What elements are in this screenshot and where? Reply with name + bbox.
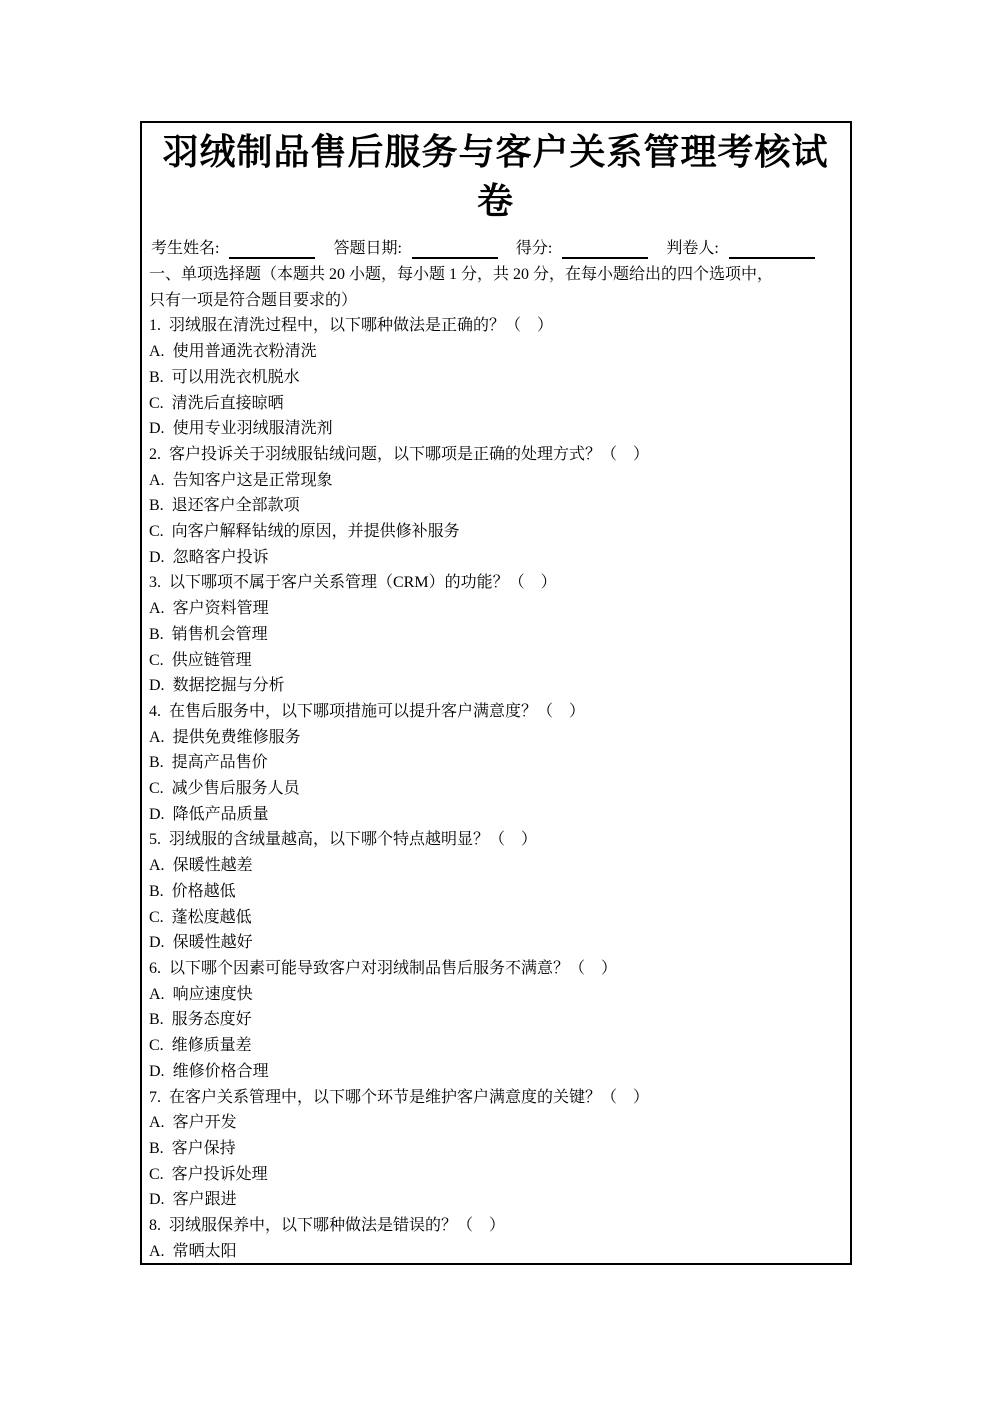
line-text: 羽绒服的含绒量越高，以下哪个特点越明显？（ ） — [169, 827, 537, 853]
line-text: 维修价格合理 — [173, 1059, 269, 1085]
option-letter: A. — [149, 853, 165, 879]
option-line: A. 响应速度快 — [149, 982, 842, 1008]
line-text: 价格越低 — [172, 879, 236, 905]
question-number: 2. — [149, 442, 161, 468]
question-number: 8. — [149, 1213, 161, 1239]
option-line: D. 数据挖掘与分析 — [149, 673, 842, 699]
option-line: C. 客户投诉处理 — [149, 1162, 842, 1188]
option-letter: A. — [149, 596, 165, 622]
option-line: D. 客户跟进 — [149, 1187, 842, 1213]
question-number: 7. — [149, 1085, 161, 1111]
option-letter: C. — [149, 905, 164, 931]
option-line: C. 供应链管理 — [149, 648, 842, 674]
section-heading-text: 只有一项是符合题目要求的） — [149, 288, 357, 314]
question-number: 3. — [149, 570, 161, 596]
option-line: B. 可以用洗衣机脱水 — [149, 365, 842, 391]
line-text: 忽略客户投诉 — [173, 545, 269, 571]
question-line: 1. 羽绒服在清洗过程中，以下哪种做法是正确的？（ ） — [149, 313, 842, 339]
option-line: C. 向客户解释钻绒的原因，并提供修补服务 — [149, 519, 842, 545]
grader-blank — [729, 240, 815, 259]
question-number: 1. — [149, 313, 161, 339]
option-letter: A. — [149, 468, 165, 494]
option-letter: A. — [149, 1110, 165, 1136]
option-line: A. 客户开发 — [149, 1110, 842, 1136]
option-line: B. 价格越低 — [149, 879, 842, 905]
question-line: 8. 羽绒服保养中，以下哪种做法是错误的？（ ） — [149, 1213, 842, 1239]
option-line: B. 服务态度好 — [149, 1007, 842, 1033]
line-text: 退还客户全部款项 — [172, 493, 300, 519]
line-text: 蓬松度越低 — [172, 905, 252, 931]
exam-title-line-1: 羽绒制品售后服务与客户关系管理考核试 — [149, 128, 842, 177]
exam-info-label: 考生姓名: — [151, 239, 219, 259]
line-text: 在售后服务中，以下哪项措施可以提升客户满意度？（ ） — [169, 699, 585, 725]
score-blank — [562, 240, 648, 259]
line-text: 向客户解释钻绒的原因，并提供修补服务 — [172, 519, 460, 545]
question-line: 3. 以下哪项不属于客户关系管理（CRM）的功能？（ ） — [149, 570, 842, 596]
line-text: 供应链管理 — [172, 648, 252, 674]
option-letter: B. — [149, 1136, 164, 1162]
line-text: 客户投诉处理 — [172, 1162, 268, 1188]
option-letter: B. — [149, 622, 164, 648]
option-line: D. 维修价格合理 — [149, 1059, 842, 1085]
line-text: 客户资料管理 — [173, 596, 269, 622]
line-text: 羽绒服保养中，以下哪种做法是错误的？（ ） — [169, 1213, 505, 1239]
option-line: A. 告知客户这是正常现象 — [149, 468, 842, 494]
line-text: 响应速度快 — [173, 982, 253, 1008]
question-line: 7. 在客户关系管理中，以下哪个环节是维护客户满意度的关键？（ ） — [149, 1085, 842, 1111]
line-text: 使用专业羽绒服清洗剂 — [173, 416, 333, 442]
section-heading-text: 一、单项选择题（本题共 20 小题，每小题 1 分，共 20 分，在每小题给出的… — [149, 262, 773, 288]
option-letter: C. — [149, 391, 164, 417]
questions-area: 一、单项选择题（本题共 20 小题，每小题 1 分，共 20 分，在每小题给出的… — [149, 262, 842, 1264]
option-letter: A. — [149, 725, 165, 751]
option-line: C. 减少售后服务人员 — [149, 776, 842, 802]
option-letter: A. — [149, 339, 165, 365]
option-letter: D. — [149, 545, 165, 571]
option-line: D. 保暖性越好 — [149, 930, 842, 956]
line-text: 客户跟进 — [173, 1187, 237, 1213]
line-text: 维修质量差 — [172, 1033, 252, 1059]
option-letter: A. — [149, 982, 165, 1008]
option-letter: D. — [149, 1059, 165, 1085]
line-text: 保暖性越好 — [173, 930, 253, 956]
exam-info-field-candidate-name: 考生姓名: — [151, 239, 315, 259]
option-line: C. 蓬松度越低 — [149, 905, 842, 931]
option-line: D. 使用专业羽绒服清洗剂 — [149, 416, 842, 442]
line-text: 可以用洗衣机脱水 — [172, 365, 300, 391]
exam-info-row: 考生姓名: 答题日期: 得分: 判卷人: — [151, 232, 842, 259]
exam-info-label: 判卷人: — [666, 239, 718, 259]
exam-info-label: 答题日期: — [333, 239, 401, 259]
option-letter: B. — [149, 365, 164, 391]
option-line: C. 维修质量差 — [149, 1033, 842, 1059]
option-letter: D. — [149, 930, 165, 956]
question-number: 6. — [149, 956, 161, 982]
option-line: A. 提供免费维修服务 — [149, 725, 842, 751]
option-letter: B. — [149, 750, 164, 776]
line-text: 客户保持 — [172, 1136, 236, 1162]
line-text: 以下哪项不属于客户关系管理（CRM）的功能？（ ） — [169, 570, 557, 596]
question-number: 5. — [149, 827, 161, 853]
line-text: 降低产品质量 — [173, 802, 269, 828]
option-letter: D. — [149, 1187, 165, 1213]
option-letter: D. — [149, 802, 165, 828]
option-line: A. 客户资料管理 — [149, 596, 842, 622]
question-line: 4. 在售后服务中，以下哪项措施可以提升客户满意度？（ ） — [149, 699, 842, 725]
line-text: 减少售后服务人员 — [172, 776, 300, 802]
option-line: C. 清洗后直接晾晒 — [149, 391, 842, 417]
line-text: 在客户关系管理中，以下哪个环节是维护客户满意度的关键？（ ） — [169, 1085, 649, 1111]
option-line: B. 客户保持 — [149, 1136, 842, 1162]
option-letter: D. — [149, 673, 165, 699]
option-letter: A. — [149, 1239, 165, 1265]
line-text: 常晒太阳 — [173, 1239, 237, 1265]
line-text: 提供免费维修服务 — [173, 725, 301, 751]
question-number: 4. — [149, 699, 161, 725]
line-text: 数据挖掘与分析 — [173, 673, 285, 699]
line-text: 羽绒服在清洗过程中，以下哪种做法是正确的？（ ） — [169, 313, 553, 339]
exam-info-field-grader: 判卷人: — [666, 239, 814, 259]
option-line: B. 提高产品售价 — [149, 750, 842, 776]
option-line: A. 常晒太阳 — [149, 1239, 842, 1265]
line-text: 清洗后直接晾晒 — [172, 391, 284, 417]
option-line: B. 退还客户全部款项 — [149, 493, 842, 519]
line-text: 告知客户这是正常现象 — [173, 468, 333, 494]
question-line: 6. 以下哪个因素可能导致客户对羽绒制品售后服务不满意？（ ） — [149, 956, 842, 982]
line-text: 销售机会管理 — [172, 622, 268, 648]
line-text: 服务态度好 — [172, 1007, 252, 1033]
section-heading-line: 一、单项选择题（本题共 20 小题，每小题 1 分，共 20 分，在每小题给出的… — [149, 262, 842, 288]
option-line: B. 销售机会管理 — [149, 622, 842, 648]
exam-title-line-2: 卷 — [149, 177, 842, 226]
line-text: 客户开发 — [173, 1110, 237, 1136]
line-text: 使用普通洗衣粉清洗 — [173, 339, 317, 365]
option-letter: C. — [149, 648, 164, 674]
option-letter: B. — [149, 1007, 164, 1033]
line-text: 以下哪个因素可能导致客户对羽绒制品售后服务不满意？（ ） — [169, 956, 617, 982]
exam-title: 羽绒制品售后服务与客户关系管理考核试 卷 — [149, 128, 842, 226]
line-text: 提高产品售价 — [172, 750, 268, 776]
option-line: D. 降低产品质量 — [149, 802, 842, 828]
option-letter: B. — [149, 493, 164, 519]
line-text: 客户投诉关于羽绒服钻绒问题，以下哪项是正确的处理方式？（ ） — [169, 442, 649, 468]
option-line: A. 保暖性越差 — [149, 853, 842, 879]
option-letter: D. — [149, 416, 165, 442]
option-letter: C. — [149, 1162, 164, 1188]
option-letter: C. — [149, 519, 164, 545]
question-line: 5. 羽绒服的含绒量越高，以下哪个特点越明显？（ ） — [149, 827, 842, 853]
question-line: 2. 客户投诉关于羽绒服钻绒问题，以下哪项是正确的处理方式？（ ） — [149, 442, 842, 468]
candidate-name-blank — [229, 240, 315, 259]
line-text: 保暖性越差 — [173, 853, 253, 879]
exam-paper: 羽绒制品售后服务与客户关系管理考核试 卷 考生姓名: 答题日期: 得分: 判卷人… — [140, 121, 852, 1265]
option-line: D. 忽略客户投诉 — [149, 545, 842, 571]
answer-date-blank — [412, 240, 498, 259]
document-page: 羽绒制品售后服务与客户关系管理考核试 卷 考生姓名: 答题日期: 得分: 判卷人… — [0, 0, 993, 1404]
exam-info-field-score: 得分: — [516, 239, 648, 259]
section-heading-line: 只有一项是符合题目要求的） — [149, 288, 842, 314]
option-letter: B. — [149, 879, 164, 905]
exam-info-label: 得分: — [516, 239, 552, 259]
option-letter: C. — [149, 1033, 164, 1059]
option-letter: C. — [149, 776, 164, 802]
exam-info-field-answer-date: 答题日期: — [333, 239, 497, 259]
option-line: A. 使用普通洗衣粉清洗 — [149, 339, 842, 365]
